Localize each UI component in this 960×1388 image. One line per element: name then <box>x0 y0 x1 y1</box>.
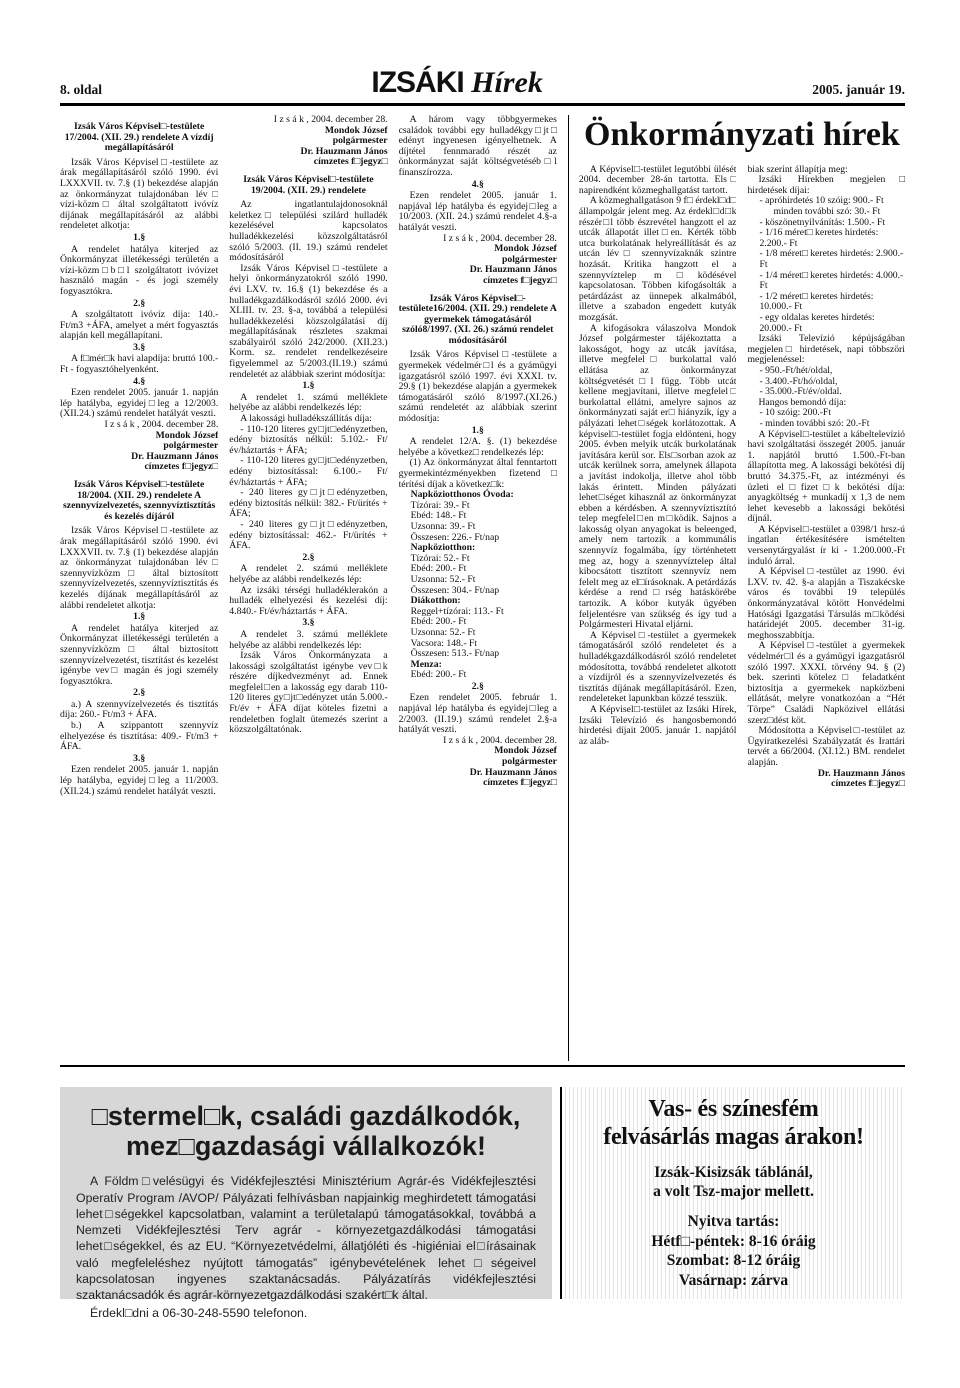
text-block: Izsák Város Képvisel□-testülete az árak … <box>60 526 218 611</box>
text-block: 2.§ <box>60 688 218 699</box>
text-block: - 1/2 méret□ keretes hirdetés: 10.000.- … <box>747 292 905 313</box>
text-block: A rendelet hatálya kiterjed az Önkormány… <box>60 245 218 298</box>
text-block: Izsáki Hírekben megjelen□ hirdetések díj… <box>747 175 905 196</box>
text-block: A rendelet 12/A. §. (1) bekezdése helyéb… <box>399 437 557 458</box>
text-block: 1.§ <box>60 612 218 623</box>
agri-advert-contact: Érdekl□dni a 06-30-248-5590 telefonon. <box>76 1305 536 1321</box>
text-block: felvásárlás magas árakon! <box>568 1123 899 1151</box>
text-block: 2.§ <box>229 553 387 564</box>
text-block: A rendelet 2. számú melléklete helyébe a… <box>229 564 387 585</box>
text-block: Izsák Város Képvisel□-testülete 18/2004.… <box>60 480 218 522</box>
text-block: A rendelet hatálya kiterjed az Önkormány… <box>60 624 218 688</box>
text-block: 1.§ <box>229 381 387 392</box>
article-column-1: Izsák Város Képvisel□-testülete 17/2004.… <box>60 115 218 1061</box>
text-block: címzetes f□jegyz□ <box>399 778 557 789</box>
text-block: a.) A szennyvízelvezetés és tisztítás dí… <box>60 700 218 721</box>
text-block: b.) A szippantott szennyvíz elhelyezése … <box>60 721 218 753</box>
text-block: A rendelet 1. számú melléklete helyébe a… <box>229 393 387 414</box>
text-block: A közmeghallgatáson 9 f□ érdekl□d□ állam… <box>579 196 737 323</box>
onk-column-left: A Képvisel□-testület legutóbbi ülését 20… <box>579 165 737 1061</box>
text-block: Izsák Város Képvisel□-testülete16/2004. … <box>399 294 557 347</box>
text-block: címzetes f□jegyz□ <box>399 276 557 287</box>
article-column-2: I z s á k , 2004. december 28.Mondok Józ… <box>229 115 387 1061</box>
text-block: Ezen rendelet 2005. február 1. napjával … <box>399 693 557 735</box>
text-block: Uzsonna: 39.- Ft <box>399 522 557 533</box>
text-block: - 950.-Ft/hét/oldal, <box>747 366 905 377</box>
text-block: - 110-120 literes gy□jt□edényzetben, edé… <box>229 456 387 488</box>
text-block: A Képvisel□-testület a gyermekek támogat… <box>579 631 737 705</box>
text-block: A Képvisel□-testület a kábeltelevízió ha… <box>747 430 905 525</box>
text-block: címzetes f□jegyz□ <box>229 157 387 168</box>
text-block: - egy oldalas keretes hirdetés: 20.000.-… <box>747 313 905 334</box>
text-block: Izsák Város Önkormányzata a lakossági sz… <box>229 651 387 736</box>
newspaper-page: 8. oldal IZSÁKI Hírek 2005. január 19. I… <box>0 0 960 1388</box>
advert-row: □stermel□k, családi gazdálkodók, mez□gaz… <box>60 1087 905 1299</box>
text-block: 2.§ <box>399 682 557 693</box>
onkormanyzati-columns: A Képvisel□-testület legutóbbi ülését 20… <box>579 165 905 1061</box>
text-block: 1.§ <box>60 233 218 244</box>
article-columns: Izsák Város Képvisel□-testülete 17/2004.… <box>60 115 905 1061</box>
text-block: - 110-120 literes gy□jt□edényzetben, edé… <box>229 425 387 457</box>
text-block: a volt Tsz-major mellett. <box>568 1182 899 1201</box>
text-block: címzetes f□jegyz□ <box>747 779 905 790</box>
text-block: Nyitva tartás: <box>568 1212 899 1231</box>
text-block: Izsáki Televízió képújságában megjelen□ … <box>747 334 905 366</box>
text-block: Uzsonna: 52.- Ft <box>399 575 557 586</box>
text-block: Uzsonna: 52.- Ft <box>399 628 557 639</box>
onkormanyzati-section: Önkormányzati hírek A Képvisel□-testület… <box>568 115 905 1061</box>
text-block: Az izsáki térségi hulladéklerakón a hull… <box>229 586 387 618</box>
text-block: 3.§ <box>60 343 218 354</box>
header-rule <box>60 103 905 106</box>
text-block: Hétf□-péntek: 8-16 óráig <box>568 1232 899 1251</box>
text-block: Izsák Város Képvisel□-testülete a gyerme… <box>399 350 557 424</box>
text-block: Módosította a Képvisel□-testület az Ügyi… <box>747 726 905 768</box>
text-block: 2.§ <box>60 299 218 310</box>
text-block: Ezen rendelet 2005. január 1. napján lép… <box>60 765 218 797</box>
text-block: Izsák Város Képvisel□-testülete az árak … <box>60 158 218 232</box>
footer-rule <box>60 1065 905 1067</box>
text-block: A Képvisel□-testület az Izsáki Hírek, Iz… <box>579 705 737 747</box>
text-block: Ezen rendelet 2005. január 1. napjával l… <box>399 191 557 233</box>
masthead-main: IZSÁKI <box>371 66 463 99</box>
text-block: Izsák Város Képvisel□-testülete 19/2004.… <box>229 175 387 196</box>
text-block: 3.§ <box>60 754 218 765</box>
masthead: IZSÁKI Hírek <box>371 68 543 98</box>
text-block: A Képvisel□-testület legutóbbi ülését 20… <box>579 165 737 197</box>
text-block: - 240 literes gy□jt□edényzetben, edény b… <box>229 520 387 552</box>
text-block: 4.§ <box>60 377 218 388</box>
article-column-3: A három vagy többgyermekes családok tová… <box>399 115 557 1061</box>
text-block: Vasárnap: zárva <box>568 1271 899 1290</box>
text-block: - 240 literes gy□jt□edényzetben, edény b… <box>229 488 387 520</box>
page-number: 8. oldal <box>60 82 102 98</box>
text-block: A Képvisel□-testület az 1990. évi LXV. t… <box>747 567 905 641</box>
text-block: Izsák Város Képvisel□-testülete a helyi … <box>229 264 387 381</box>
text-block: - 1/16 méret□ keretes hirdetés: 2.200.- … <box>747 228 905 249</box>
page-header: 8. oldal IZSÁKI Hírek 2005. január 19. <box>60 68 905 98</box>
text-block: Izsák-Kisizsák táblánál, <box>568 1163 899 1182</box>
text-block: A kifogásokra válaszolva Mondok József p… <box>579 324 737 631</box>
text-block: A Képvisel□-testület a gyermekek védelmé… <box>747 641 905 726</box>
onk-column-right: biak szerint állapítja meg:Izsáki Hírekb… <box>747 165 905 1061</box>
text-block: (1) Az önkormányzat által fenntartott gy… <box>399 458 557 490</box>
text-block: A Képvisel□-testület a 0398/1 hrsz-ú ing… <box>747 525 905 567</box>
text-block: címzetes f□jegyz□ <box>60 462 218 473</box>
text-block: Az ingatlantulajdonosoknál keletkez□ tel… <box>229 200 387 264</box>
text-block: I z s á k , 2004. december 28. <box>229 115 387 126</box>
text-block: A rendelet 3. számú melléklete helyébe a… <box>229 630 387 651</box>
issue-date: 2005. január 19. <box>812 82 905 98</box>
text-block: 3.§ <box>229 618 387 629</box>
onkormanyzati-title: Önkormányzati hírek <box>579 117 905 153</box>
text-block: - minden további szó: 20.-Ft <box>747 419 905 430</box>
text-block: Ebéd: 200.- Ft <box>399 670 557 681</box>
text-block: 4.§ <box>399 180 557 191</box>
agri-advert-title: □stermel□k, családi gazdálkodók, mez□gaz… <box>76 1101 536 1161</box>
text-block: Szombat: 8-12 óráig <box>568 1251 899 1270</box>
masthead-sub: Hírek <box>471 66 543 99</box>
text-block: A szolgáltatott ivóvíz díja: 140.- Ft/m3… <box>60 310 218 342</box>
text-block: A három vagy többgyermekes családok tová… <box>399 115 557 179</box>
text-block: Ezen rendelet 2005. január 1. napján lép… <box>60 388 218 420</box>
text-block: A f□mér□k havi alapdíja: bruttó 100.- Ft… <box>60 354 218 375</box>
text-block: - 1/4 méret□ keretes hirdetés: 4.000.- F… <box>747 271 905 292</box>
text-block: 1.§ <box>399 426 557 437</box>
metal-advert: Vas- és színesfémfelvásárlás magas árako… <box>560 1087 905 1299</box>
text-block: - 1/8 méret□ keretes hirdetés: 2.900.- F… <box>747 249 905 270</box>
text-block: Izsák Város Képvisel□-testülete 17/2004.… <box>60 122 218 154</box>
agri-advert-body: A Földm□velésügyi és Vidékfejlesztési Mi… <box>76 1173 536 1303</box>
text-block: Vas- és színesfém <box>568 1095 899 1123</box>
agri-advert: □stermel□k, családi gazdálkodók, mez□gaz… <box>60 1087 552 1299</box>
